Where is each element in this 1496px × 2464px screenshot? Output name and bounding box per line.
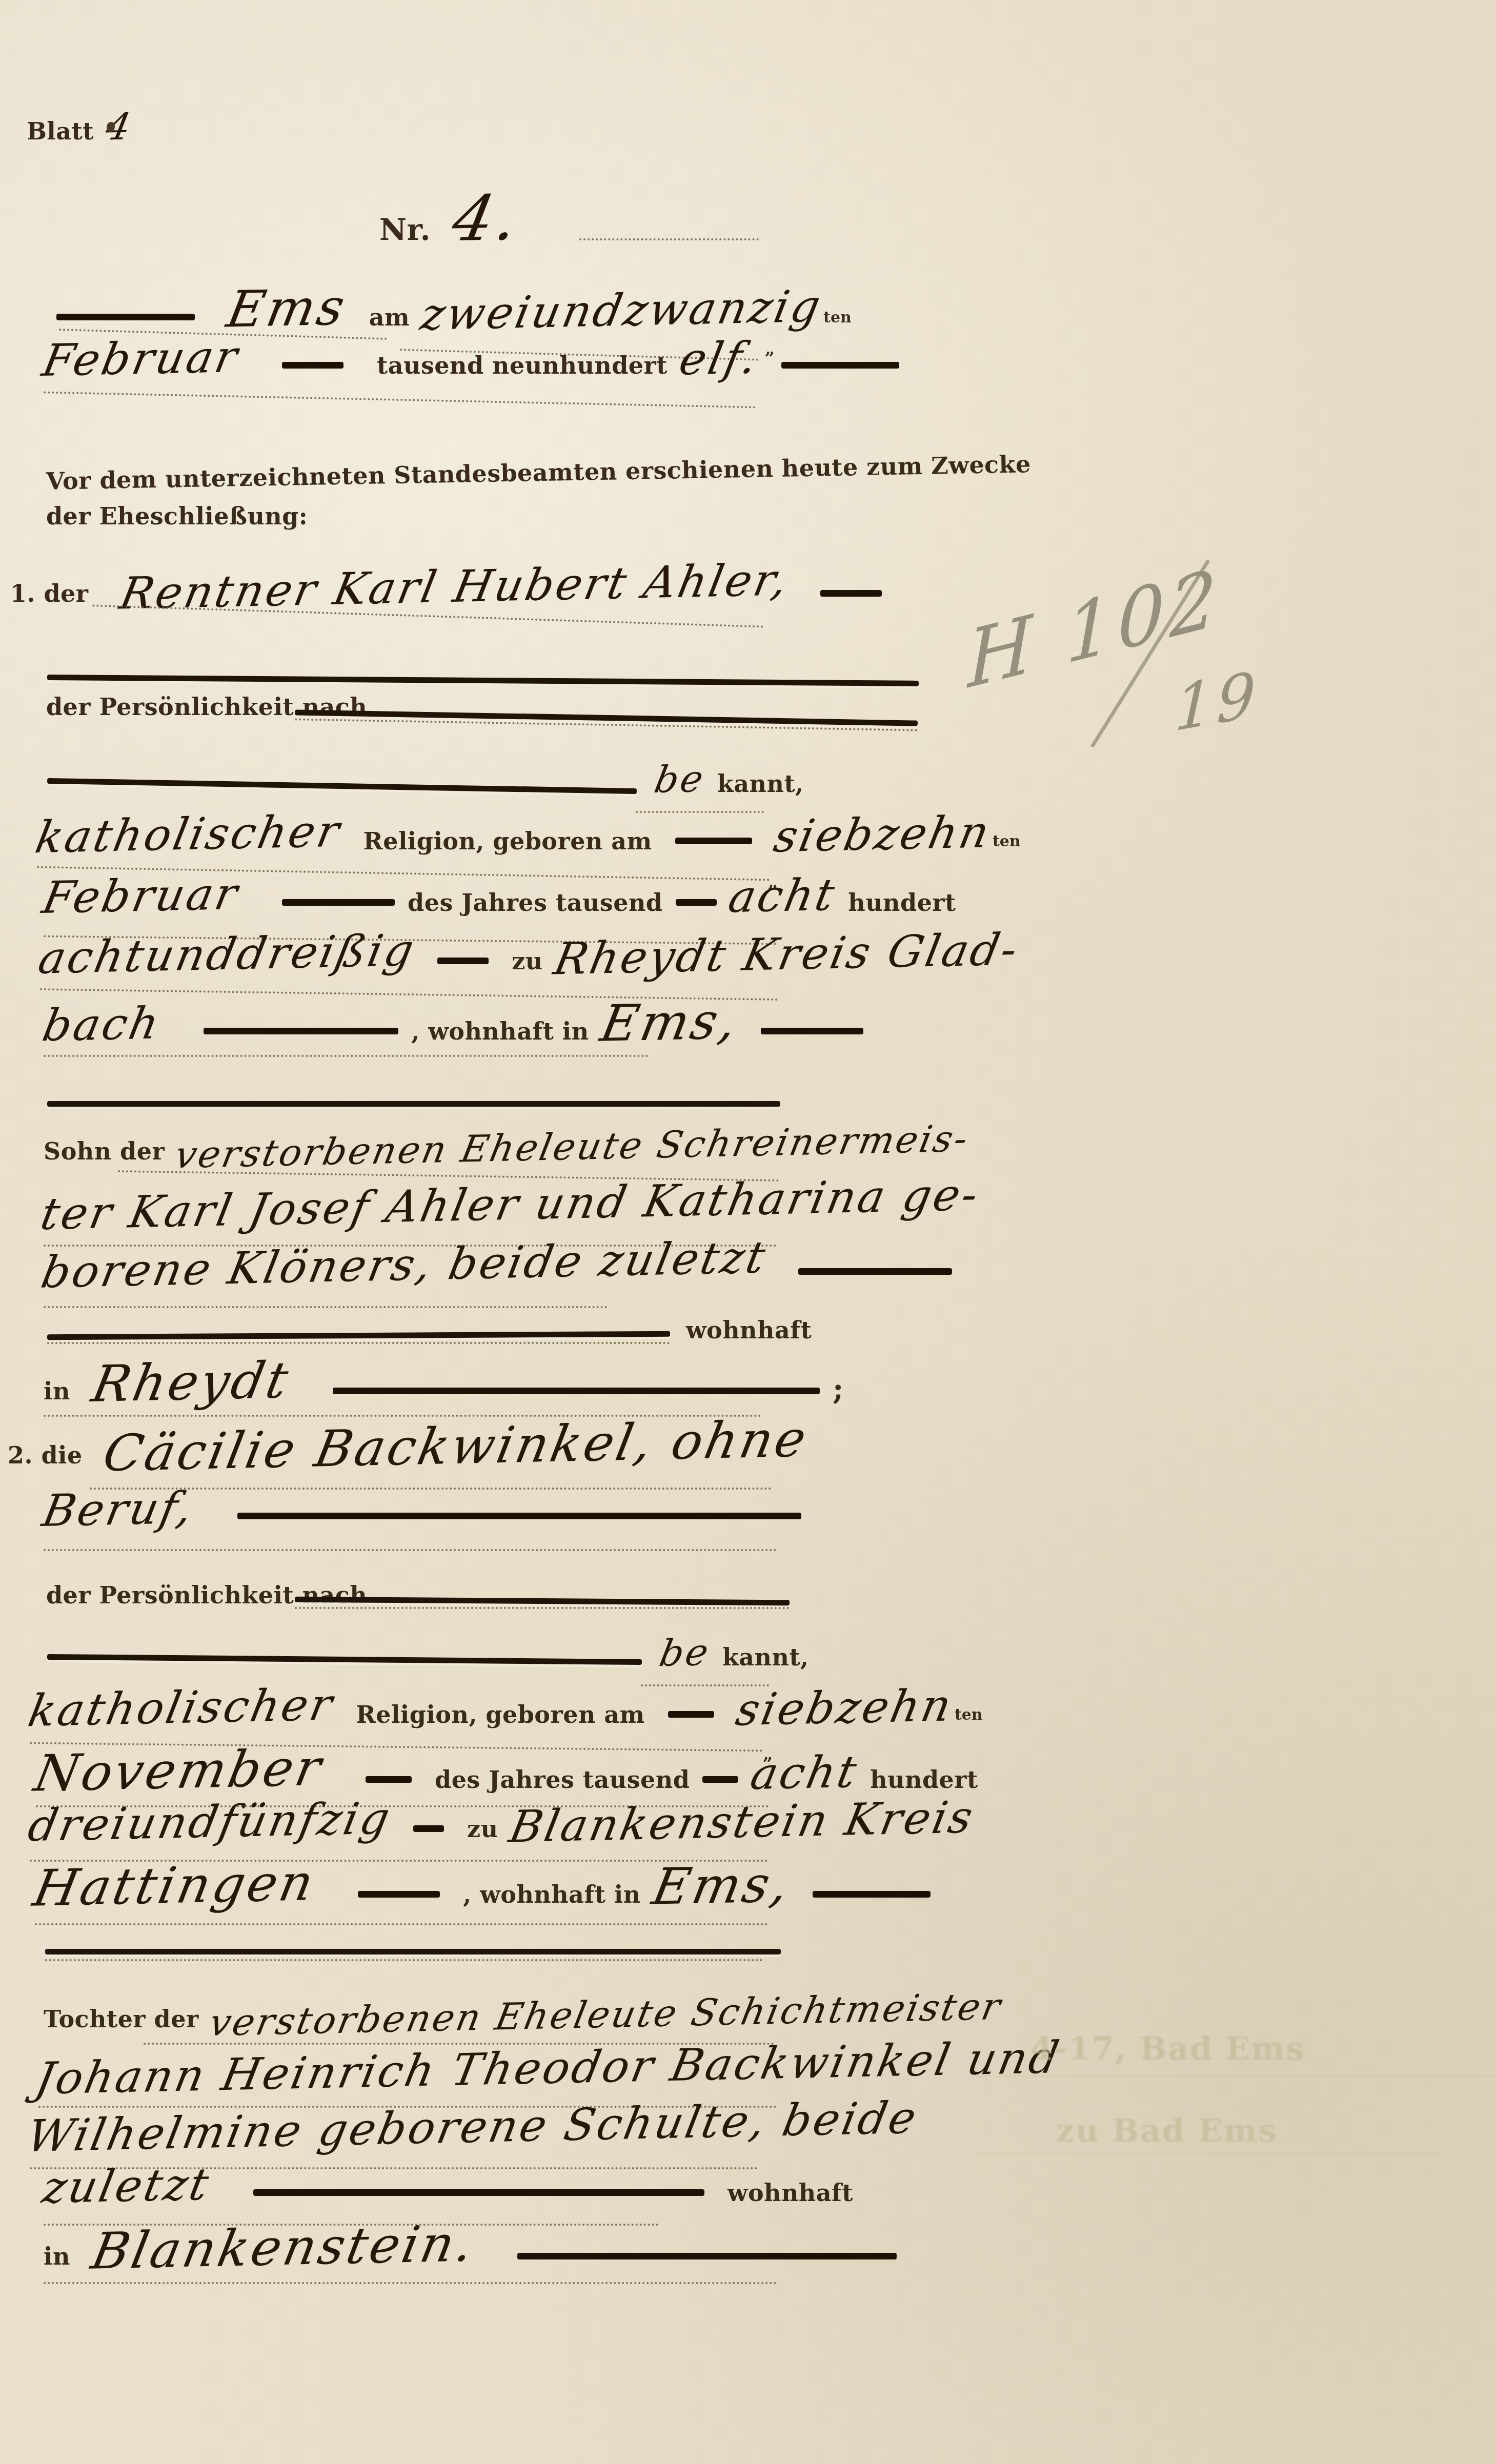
person2-religion-entry: katholischer (24, 1679, 338, 1737)
dotted-line (35, 1923, 768, 1925)
ink-strike-rule (47, 1101, 780, 1107)
ink-strike-bar (781, 362, 899, 369)
kannt-label: kannt, (717, 770, 804, 798)
day-entry: zweiundzwanzig (417, 281, 826, 340)
person1-parents-residence-entry: Rheydt (87, 1351, 295, 1414)
ink-strike-bar (761, 1028, 863, 1034)
in-label: in (44, 1377, 70, 1405)
person1-religion-entry: katholischer (31, 806, 346, 863)
wohnhaft-label: wohnhaft (727, 2179, 853, 2207)
year-entry: elf. (675, 332, 763, 385)
person2-parents-line-2: Johann Heinrich Theodor Backwinkel und (38, 2043, 1058, 2094)
person1-birthyear-entry: achtunddreißig (34, 925, 420, 984)
person1-birthplace-cont: bach (38, 998, 165, 1052)
person1-parents-residence-line: in Rheydt ; (44, 1353, 844, 1412)
wohnhaft-label: wohnhaft (686, 1316, 812, 1344)
intro-line-1: Vor dem unterzeichneten Standesbeamten e… (46, 450, 1031, 495)
person1-birthplace-entry: Rheydt Kreis Glad- (550, 924, 1023, 985)
person1-parents-entry-1: verstorbenen Eheleute Schreinermeis- (172, 1117, 973, 1176)
person2-century-entry: acht (746, 1746, 863, 1800)
dotted-line (44, 2282, 777, 2284)
person2-name-line: 2. die Cäcilie Backwinkel, ohne (8, 1417, 806, 1476)
person2-name-cont-entry: Beruf, (38, 1482, 199, 1537)
ink-strike-bar (675, 838, 752, 844)
in-label: in (44, 2243, 70, 2270)
dotted-line (44, 391, 756, 408)
person1-century-entry: acht (724, 869, 841, 923)
nr-number: 4. (447, 181, 527, 256)
intro-text-1: Vor dem unterzeichneten Standesbeamten e… (46, 450, 1031, 495)
person1-parents-line-3: borene Klöners, beide zuletzt (44, 1239, 952, 1291)
hundert-label: hundert (848, 889, 956, 917)
ink-strike-bar (358, 1891, 440, 1898)
dotted-line (45, 1959, 763, 1961)
scanned-registry-page: Blatt 4 Nr. 4. Ems am zweiundzwanzig ten… (0, 0, 1496, 2464)
dotted-line (295, 1607, 790, 1609)
tochter-label: Tochter der (44, 2005, 199, 2033)
ink-strike-rule (295, 1597, 790, 1606)
person2-birthplace-cont: Hattingen (29, 1854, 320, 1918)
ink-strike-bar (668, 1711, 714, 1718)
person1-parents-entry-2: ter Karl Josef Ahler und Katharina ge- (37, 1169, 984, 1240)
sohn-label: Sohn der (44, 1137, 165, 1165)
persoenlichkeit-label: der Persönlichkeit nach (46, 1581, 367, 1609)
person2-name-entry: Cäcilie Backwinkel, ohne (98, 1410, 813, 1483)
zu-label: zu (467, 1815, 498, 1843)
person1-residence-entry: Ems, (596, 992, 743, 1053)
ink-strike-bar (282, 362, 343, 369)
month-year-line: Februar tausend neunhundert elf. (44, 333, 899, 384)
dotted-line (47, 1342, 670, 1344)
blatt-label: Blatt (27, 117, 94, 145)
wohnhaft-in-label: , wohnhaft in (463, 1881, 640, 1908)
person1-identity-line: der Persönlichkeit nach (46, 693, 367, 721)
dotted-line (44, 1306, 608, 1308)
hundert-label: hundert (870, 1766, 978, 1794)
ink-strike-bar (676, 899, 717, 906)
person1-birthmonth-entry: Februar (38, 868, 244, 924)
jahres-label: des Jahres tausend (408, 889, 662, 917)
dotted-line (44, 1055, 649, 1057)
ink-strike-rule (47, 1654, 642, 1665)
nr-label: Nr. (379, 212, 431, 247)
kannt-label: kannt, (722, 1643, 809, 1671)
ink-strike-bar (56, 314, 195, 320)
ink-strike-bar (437, 958, 489, 964)
ink-strike-bar (702, 1776, 738, 1783)
ten-suffix: ten (823, 309, 852, 327)
ink-strike-rule (47, 675, 919, 686)
wohnhaft-in-label: , wohnhaft in (411, 1017, 589, 1045)
semicolon-label: ; (833, 1372, 844, 1407)
person2-parents-entry-3: Wilhelmine geborene Schulte, beide (23, 2092, 922, 2162)
jahres-label: des Jahres tausend (435, 1766, 690, 1794)
person1-residence-line: bach , wohnhaft in Ems, (44, 993, 863, 1052)
person1-birthyear-line: Februar des Jahres tausend acht hundert (44, 870, 956, 922)
person2-birthplace-entry: Blankenstein Kreis (505, 1792, 979, 1853)
religion-label: Religion, geboren am (356, 1701, 645, 1728)
person2-religion-line: katholischer Religion, geboren am siebze… (30, 1682, 983, 1734)
ink-strike-bar (813, 1891, 931, 1898)
persoenlichkeit-label: der Persönlichkeit nach (46, 693, 367, 721)
am-label: am (369, 303, 410, 331)
month-entry: Februar (38, 331, 244, 386)
be-entry: be (651, 757, 709, 801)
person2-birthplace-line: dreiundfünfzig zu Blankenstein Kreis (30, 1797, 973, 1848)
person2-parents-line-1: Tochter der verstorbenen Eheleute Schich… (44, 1993, 1000, 2036)
intro-text-2: der Eheschließung: (46, 502, 308, 530)
person1-index-label: 1. der (10, 580, 88, 607)
person1-wohnhaft-line: wohnhaft (686, 1316, 812, 1344)
person1-parents-line-2: ter Karl Josef Ahler und Katharina ge- (44, 1179, 977, 1230)
dotted-line (579, 238, 759, 240)
dotted-line (44, 1549, 777, 1551)
city-entry: Ems (223, 278, 352, 339)
ink-strike-rule (47, 778, 637, 794)
ink-strike-rule (47, 1331, 670, 1340)
person2-birthday-entry: siebzehn (732, 1680, 957, 1736)
person1-name-line: 1. der Rentner Karl Hubert Ahler, (10, 561, 882, 613)
person2-parents-residence-entry: Blankenstein. (87, 2214, 480, 2281)
person2-parents-line-3: Wilhelmine geborene Schulte, beide (30, 2102, 916, 2153)
bleedthrough-dotted-line (977, 2075, 1494, 2077)
person2-residence-line: Hattingen , wohnhaft in Ems, (35, 1857, 931, 1915)
person1-religion-line: katholischer Religion, geboren am siebze… (37, 809, 1021, 860)
person2-zuletzt-line: zuletzt wohnhaft (44, 2161, 853, 2212)
bleedthrough-dotted-line (977, 2153, 1438, 2155)
person2-identity-line: der Persönlichkeit nach (46, 1581, 367, 1609)
record-number-line: Nr. 4. (379, 182, 520, 255)
place-date-line: Ems am zweiundzwanzig ten (56, 279, 852, 338)
be-entry: be (656, 1631, 714, 1675)
person2-birthmonth-entry: November (30, 1739, 328, 1803)
ink-strike-bar (820, 590, 882, 597)
year-printed-label: tausend neunhundert (377, 352, 668, 379)
person2-index-label: 2. die (8, 1441, 83, 1469)
person2-residence-entry: Ems, (648, 1855, 795, 1917)
person2-birthyear-entry: dreiundfünfzig (24, 1793, 396, 1852)
ink-strike-bar (253, 2189, 704, 2196)
person1-birthplace-line: achtunddreißig zu Rheydt Kreis Glad- (40, 929, 1018, 980)
person1-birthday-entry: siebzehn (770, 807, 995, 863)
bleedthrough-text-2: zu Bad Ems (1056, 2112, 1278, 2149)
sheet-header: Blatt 4 (27, 105, 132, 148)
person2-parents-residence-line: in Blankenstein. (44, 2218, 897, 2277)
ink-strike-bar (237, 1513, 801, 1519)
ten-suffix: ten (993, 832, 1021, 850)
ink-strike-bar (282, 899, 395, 906)
religion-label: Religion, geboren am (363, 827, 652, 855)
ink-strike-bar (204, 1028, 398, 1034)
person1-parents-entry-3: borene Klöners, beide zuletzt (37, 1232, 771, 1298)
person2-name-cont-line: Beruf, (44, 1484, 801, 1535)
ink-strike-bar (517, 2253, 897, 2259)
person1-bekannt-line: be kannt, (655, 758, 804, 801)
bleedthrough-text-1: 4-17, Bad Ems (1030, 2030, 1305, 2067)
person2-birthyear-line: November des Jahres tausend acht hundert (36, 1742, 978, 1800)
ink-strike-bar (798, 1268, 952, 1275)
ink-strike-bar (333, 1388, 820, 1394)
person2-bekannt-line: be kannt, (660, 1631, 809, 1674)
person1-parents-line-1: Sohn der verstorbenen Eheleute Schreiner… (44, 1125, 967, 1168)
intro-line-2: der Eheschließung: (46, 502, 308, 530)
ten-suffix: ten (955, 1706, 983, 1724)
person2-parents-entry-4: zuletzt (38, 2159, 215, 2214)
pencil-file-number-denominator: 19 (1174, 658, 1261, 746)
ink-strike-bar (413, 1825, 444, 1832)
ink-strike-rule (45, 1949, 781, 1954)
ink-strike-bar (366, 1776, 412, 1783)
zu-label: zu (512, 947, 543, 975)
